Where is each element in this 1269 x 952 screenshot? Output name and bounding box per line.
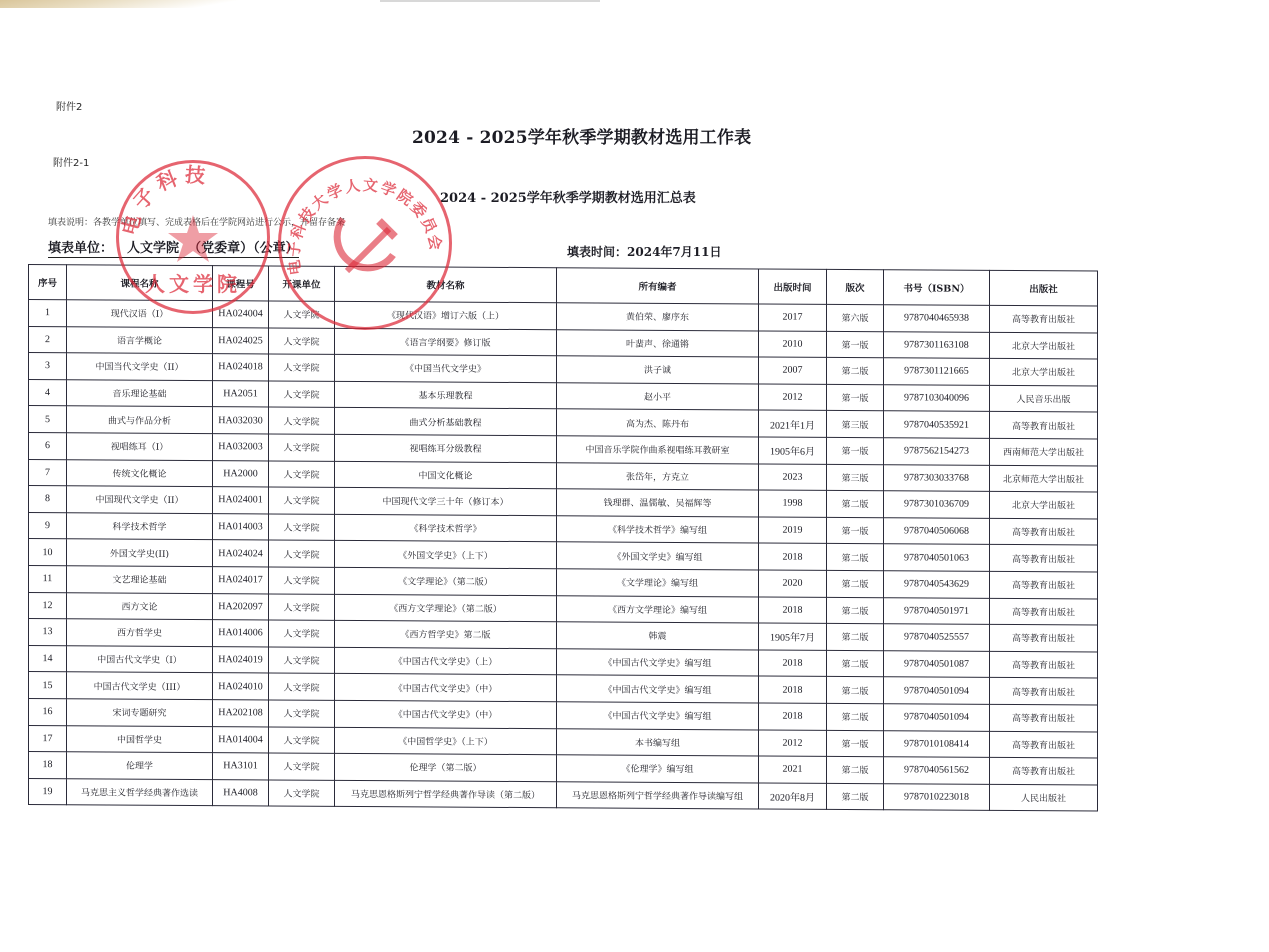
row-number-cell: 8 <box>29 486 67 513</box>
row-number-cell: 19 <box>29 778 67 805</box>
date-value: 2024年7月11日 <box>627 245 721 259</box>
course-code-cell: HA024019 <box>213 646 269 673</box>
course-name-cell: 宋词专题研究 <box>67 699 213 726</box>
fill-date: 填表时间：2024年7月11日 <box>567 243 721 260</box>
edition-cell: 第二版 <box>827 703 884 730</box>
unit-seals: （党委章）（公章） <box>188 241 299 256</box>
course-code-cell: HA024017 <box>213 567 269 594</box>
department-cell: 人文学院 <box>269 594 335 621</box>
course-name-cell: 现代汉语（I） <box>67 300 213 327</box>
isbn-cell: 9787040501063 <box>884 544 990 571</box>
textbook-title-cell: 马克思恩格斯列宁哲学经典著作导读（第二版） <box>335 780 557 808</box>
isbn-cell: 9787040506068 <box>884 517 990 544</box>
date-label: 填表时间： <box>567 245 627 259</box>
authors-cell: 马克思恩格斯列宁哲学经典著作导读编写组 <box>557 781 759 809</box>
edition-cell: 第二版 <box>827 624 884 651</box>
publisher-cell: 西南师范大学出版社 <box>990 438 1098 465</box>
department-cell: 人文学院 <box>269 381 335 408</box>
main-title: 2024 - 2025学年秋季学期教材选用工作表 <box>412 123 751 148</box>
column-header: 序号 <box>29 265 67 300</box>
textbook-title-cell: 《中国古代文学史》（中） <box>335 674 557 702</box>
course-code-cell: HA024004 <box>213 301 269 328</box>
publisher-cell: 北京大学出版社 <box>990 359 1098 386</box>
course-name-cell: 音乐理论基础 <box>67 380 213 407</box>
publisher-cell: 高等教育出版社 <box>990 704 1098 731</box>
column-header: 所有编者 <box>557 268 759 304</box>
publisher-cell: 高等教育出版社 <box>990 651 1098 678</box>
edition-cell: 第一版 <box>827 730 884 757</box>
authors-cell: 《中国古代文学史》编写组 <box>557 675 759 703</box>
isbn-cell: 9787301036709 <box>884 491 990 518</box>
paper-edge-shadow <box>0 0 300 8</box>
textbook-title-cell: 《外国文学史》（上下） <box>335 541 557 569</box>
department-cell: 人文学院 <box>269 487 335 514</box>
course-name-cell: 语言学概论 <box>67 326 213 353</box>
isbn-cell: 9787303033768 <box>884 464 990 491</box>
course-code-cell: HA014004 <box>213 726 269 753</box>
edition-cell: 第一版 <box>827 331 884 358</box>
department-cell: 人文学院 <box>269 647 335 674</box>
edition-cell: 第二版 <box>827 650 884 677</box>
course-name-cell: 视唱练耳（I） <box>67 433 213 460</box>
edition-cell: 第二版 <box>827 756 884 783</box>
publisher-cell: 北京大学出版社 <box>990 492 1098 519</box>
authors-cell: 赵小平 <box>557 383 759 411</box>
publish-date-cell: 1905年7月 <box>759 623 827 650</box>
sub-title: 2024 - 2025学年秋季学期教材选用汇总表 <box>440 187 696 206</box>
department-cell: 人文学院 <box>269 753 335 780</box>
department-cell: 人文学院 <box>269 461 335 488</box>
textbook-title-cell: 曲式分析基础教程 <box>335 408 557 436</box>
row-number-cell: 10 <box>29 539 67 566</box>
publisher-cell: 高等教育出版社 <box>990 757 1098 784</box>
row-number-cell: 15 <box>29 672 67 699</box>
course-name-cell: 文艺理论基础 <box>67 566 213 593</box>
course-code-cell: HA202097 <box>213 593 269 620</box>
course-code-cell: HA4008 <box>213 779 269 806</box>
authors-cell: 《伦理学》编写组 <box>557 755 759 783</box>
publisher-cell: 高等教育出版社 <box>990 305 1098 332</box>
table-body: 1现代汉语（I）HA024004人文学院《现代汉语》增订六版（上）黄伯荣、廖序东… <box>29 300 1098 812</box>
edition-cell: 第二版 <box>827 677 884 704</box>
textbook-title-cell: 《文学理论》（第二版） <box>335 567 557 595</box>
row-number-cell: 3 <box>29 353 67 380</box>
publish-date-cell: 2007 <box>759 357 827 384</box>
edition-cell: 第一版 <box>827 437 884 464</box>
authors-cell: 本书编写组 <box>557 728 759 756</box>
publisher-cell: 高等教育出版社 <box>990 545 1098 572</box>
course-name-cell: 中国古代文学史（I） <box>67 645 213 672</box>
textbook-title-cell: 伦理学（第二版） <box>335 753 557 781</box>
course-code-cell: HA024025 <box>213 327 269 354</box>
row-number-cell: 4 <box>29 379 67 406</box>
course-code-cell: HA024001 <box>213 487 269 514</box>
row-number-cell: 5 <box>29 406 67 433</box>
department-cell: 人文学院 <box>269 540 335 567</box>
row-number-cell: 6 <box>29 432 67 459</box>
course-code-cell: HA014003 <box>213 513 269 540</box>
authors-cell: 钱理群、温儒敏、吴福辉等 <box>557 489 759 517</box>
textbook-title-cell: 中国文化概论 <box>335 461 557 489</box>
isbn-cell: 9787040501087 <box>884 650 990 677</box>
publisher-cell: 高等教育出版社 <box>990 731 1098 758</box>
department-cell: 人文学院 <box>269 354 335 381</box>
authors-cell: 中国音乐学院作曲系视唱练耳教研室 <box>557 436 759 464</box>
publisher-cell: 人民出版社 <box>990 784 1098 811</box>
publish-date-cell: 2018 <box>759 650 827 677</box>
edition-cell: 第二版 <box>827 597 884 624</box>
course-code-cell: HA202108 <box>213 700 269 727</box>
isbn-cell: 9787301121665 <box>884 358 990 385</box>
edition-cell: 第二版 <box>827 491 884 518</box>
fill-instructions: 填表说明：各教学单位填写、完成表格后在学院网站进行公示，并留存备案 <box>48 215 345 228</box>
department-cell: 人文学院 <box>269 301 335 328</box>
course-name-cell: 中国现代文学史（II） <box>67 486 213 513</box>
department-cell: 人文学院 <box>269 620 335 647</box>
publish-date-cell: 2019 <box>759 517 827 544</box>
isbn-cell: 9787040535921 <box>884 411 990 438</box>
textbook-title-cell: 视唱练耳分级教程 <box>335 434 557 462</box>
publish-date-cell: 2018 <box>759 676 827 703</box>
row-number-cell: 17 <box>29 725 67 752</box>
publish-date-cell: 2012 <box>759 729 827 756</box>
row-number-cell: 18 <box>29 752 67 779</box>
row-number-cell: 11 <box>29 565 67 592</box>
department-cell: 人文学院 <box>269 407 335 434</box>
column-header: 教材名称 <box>335 266 557 302</box>
table-row: 19马克思主义哲学经典著作选读HA4008人文学院马克思恩格斯列宁哲学经典著作导… <box>29 778 1098 811</box>
authors-cell: 叶蜚声、徐通锵 <box>557 329 759 357</box>
textbook-title-cell: 《科学技术哲学》 <box>335 514 557 542</box>
department-cell: 人文学院 <box>269 567 335 594</box>
publish-date-cell: 2017 <box>759 304 827 331</box>
annex-label: 附件2 <box>56 98 82 113</box>
department-cell: 人文学院 <box>269 726 335 753</box>
edition-cell: 第三版 <box>827 464 884 491</box>
textbook-title-cell: 《西方文学理论》（第二版） <box>335 594 557 622</box>
column-header: 课程号 <box>213 266 269 301</box>
textbook-title-cell: 《现代汉语》增订六版（上） <box>335 301 557 329</box>
paper-edge-shade <box>380 0 600 2</box>
course-name-cell: 马克思主义哲学经典著作选读 <box>67 778 213 805</box>
authors-cell: 《中国古代文学史》编写组 <box>557 702 759 730</box>
course-code-cell: HA032003 <box>213 434 269 461</box>
textbook-title-cell: 《西方哲学史》第二版 <box>335 620 557 648</box>
publish-date-cell: 2021年1月 <box>759 410 827 437</box>
authors-cell: 黄伯荣、廖序东 <box>557 303 759 331</box>
publisher-cell: 高等教育出版社 <box>990 518 1098 545</box>
publish-date-cell: 2020 <box>759 570 827 597</box>
publish-date-cell: 2010 <box>759 331 827 358</box>
isbn-cell: 9787103040096 <box>884 385 990 412</box>
publisher-cell: 人民音乐出版 <box>990 385 1098 412</box>
isbn-cell: 9787301163108 <box>884 331 990 358</box>
isbn-cell: 9787040465938 <box>884 305 990 332</box>
publish-date-cell: 2021 <box>759 756 827 783</box>
column-header: 出版社 <box>990 270 1098 306</box>
row-number-cell: 13 <box>29 619 67 646</box>
course-name-cell: 科学技术哲学 <box>67 512 213 539</box>
course-code-cell: HA014006 <box>213 620 269 647</box>
row-number-cell: 7 <box>29 459 67 486</box>
authors-cell: 《西方文学理论》编写组 <box>557 595 759 623</box>
row-number-cell: 16 <box>29 698 67 725</box>
publish-date-cell: 2018 <box>759 543 827 570</box>
department-cell: 人文学院 <box>269 434 335 461</box>
course-code-cell: HA2000 <box>213 460 269 487</box>
authors-cell: 《文学理论》编写组 <box>557 569 759 597</box>
publisher-cell: 北京师范大学出版社 <box>990 465 1098 492</box>
column-header: 开课单位 <box>269 266 335 301</box>
course-code-cell: HA3101 <box>213 753 269 780</box>
textbook-title-cell: 基本乐理教程 <box>335 381 557 409</box>
edition-cell: 第六版 <box>827 304 884 331</box>
column-header: 书号（ISBN） <box>884 270 990 306</box>
isbn-cell: 9787040501971 <box>884 597 990 624</box>
course-name-cell: 中国古代文学史（III） <box>67 672 213 699</box>
edition-cell: 第二版 <box>827 783 884 810</box>
publish-date-cell: 2012 <box>759 384 827 411</box>
publisher-cell: 北京大学出版社 <box>990 332 1098 359</box>
edition-cell: 第二版 <box>827 358 884 385</box>
textbook-title-cell: 《中国古代文学史》（上） <box>335 647 557 675</box>
authors-cell: 韩震 <box>557 622 759 650</box>
course-name-cell: 西方哲学史 <box>67 619 213 646</box>
course-name-cell: 外国文学史(II) <box>67 539 213 566</box>
textbook-title-cell: 中国现代文学三十年（修订本） <box>335 488 557 516</box>
course-code-cell: HA024010 <box>213 673 269 700</box>
isbn-cell: 9787040525557 <box>884 624 990 651</box>
isbn-cell: 9787562154273 <box>884 438 990 465</box>
edition-cell: 第一版 <box>827 384 884 411</box>
department-cell: 人文学院 <box>269 673 335 700</box>
row-number-cell: 12 <box>29 592 67 619</box>
course-code-cell: HA024018 <box>213 354 269 381</box>
row-number-cell: 2 <box>29 326 67 353</box>
course-name-cell: 中国当代文学史（II） <box>67 353 213 380</box>
textbook-title-cell: 《中国古代文学史》（中） <box>335 700 557 728</box>
isbn-cell: 9787010223018 <box>884 783 990 810</box>
edition-cell: 第三版 <box>827 411 884 438</box>
textbook-title-cell: 《中国当代文学史》 <box>335 355 557 383</box>
textbook-title-cell: 《语言学纲要》修订版 <box>335 328 557 356</box>
isbn-cell: 9787040561562 <box>884 757 990 784</box>
edition-cell: 第一版 <box>827 517 884 544</box>
row-number-cell: 1 <box>29 300 67 327</box>
authors-cell: 《外国文学史》编写组 <box>557 542 759 570</box>
edition-cell: 第二版 <box>827 544 884 571</box>
department-cell: 人文学院 <box>269 780 335 807</box>
course-code-cell: HA024024 <box>213 540 269 567</box>
authors-cell: 《科学技术哲学》编写组 <box>557 515 759 543</box>
course-code-cell: HA2051 <box>213 380 269 407</box>
publish-date-cell: 1905年6月 <box>759 437 827 464</box>
isbn-cell: 9787040501094 <box>884 677 990 704</box>
course-name-cell: 中国哲学史 <box>67 725 213 752</box>
filling-unit: 填表单位：人文学院 （党委章）（公章） <box>48 237 299 258</box>
course-name-cell: 伦理学 <box>67 752 213 779</box>
department-cell: 人文学院 <box>269 328 335 355</box>
department-cell: 人文学院 <box>269 700 335 727</box>
column-header: 版次 <box>827 269 884 304</box>
course-name-cell: 西方文论 <box>67 592 213 619</box>
publish-date-cell: 2018 <box>759 596 827 623</box>
publisher-cell: 高等教育出版社 <box>990 412 1098 439</box>
unit-name: 人文学院 <box>127 241 179 256</box>
textbook-table: 序号课程名称课程号开课单位教材名称所有编者出版时间版次书号（ISBN）出版社 1… <box>28 264 1098 812</box>
course-name-cell: 传统文化概论 <box>67 459 213 486</box>
authors-cell: 《中国古代文学史》编写组 <box>557 648 759 676</box>
publish-date-cell: 1998 <box>759 490 827 517</box>
isbn-cell: 9787010108414 <box>884 730 990 757</box>
authors-cell: 洪子诚 <box>557 356 759 384</box>
publisher-cell: 高等教育出版社 <box>990 598 1098 625</box>
row-number-cell: 14 <box>29 645 67 672</box>
authors-cell: 高为杰、陈丹布 <box>557 409 759 437</box>
course-code-cell: HA032030 <box>213 407 269 434</box>
unit-label: 填表单位： <box>48 241 113 256</box>
publisher-cell: 高等教育出版社 <box>990 678 1098 705</box>
row-number-cell: 9 <box>29 512 67 539</box>
edition-cell: 第二版 <box>827 570 884 597</box>
publisher-cell: 高等教育出版社 <box>990 571 1098 598</box>
department-cell: 人文学院 <box>269 514 335 541</box>
publisher-cell: 高等教育出版社 <box>990 624 1098 651</box>
course-name-cell: 曲式与作品分析 <box>67 406 213 433</box>
column-header: 课程名称 <box>67 265 213 301</box>
annex-sub-label: 附件2-1 <box>53 154 89 169</box>
publish-date-cell: 2018 <box>759 703 827 730</box>
isbn-cell: 9787040501094 <box>884 704 990 731</box>
column-header: 出版时间 <box>759 269 827 304</box>
publish-date-cell: 2023 <box>759 464 827 491</box>
authors-cell: 张岱年，方克立 <box>557 462 759 490</box>
textbook-title-cell: 《中国哲学史》（上下） <box>335 727 557 755</box>
isbn-cell: 9787040543629 <box>884 571 990 598</box>
publish-date-cell: 2020年8月 <box>759 783 827 810</box>
